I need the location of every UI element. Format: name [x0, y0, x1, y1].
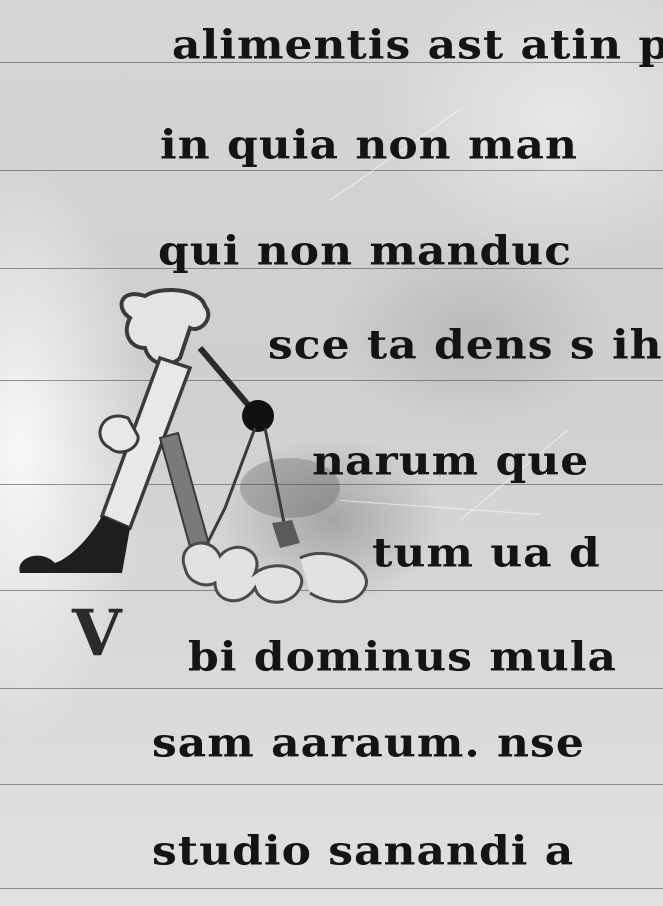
manuscript-page: V alimentis ast atin pr in quia non man …: [0, 0, 663, 906]
manuscript-line-9: studio sanandi a: [152, 832, 574, 872]
small-initial-v: V: [72, 602, 122, 666]
manuscript-line-3: qui non manduc: [158, 232, 572, 272]
ruling-line: [0, 784, 663, 785]
manuscript-line-2: in quia non man: [160, 126, 578, 166]
manuscript-line-7: bi dominus mula: [188, 638, 617, 678]
manuscript-line-1: alimentis ast atin pr: [172, 26, 663, 66]
ruling-line: [0, 688, 663, 689]
ruling-line: [0, 170, 663, 171]
manuscript-line-5: narum que: [312, 442, 589, 482]
ruling-line: [0, 888, 663, 889]
manuscript-line-8: sam aaraum. nse: [152, 724, 585, 764]
manuscript-line-6: tum ua d: [372, 534, 601, 574]
manuscript-line-4: sce ta dens s ihs li: [268, 326, 663, 366]
